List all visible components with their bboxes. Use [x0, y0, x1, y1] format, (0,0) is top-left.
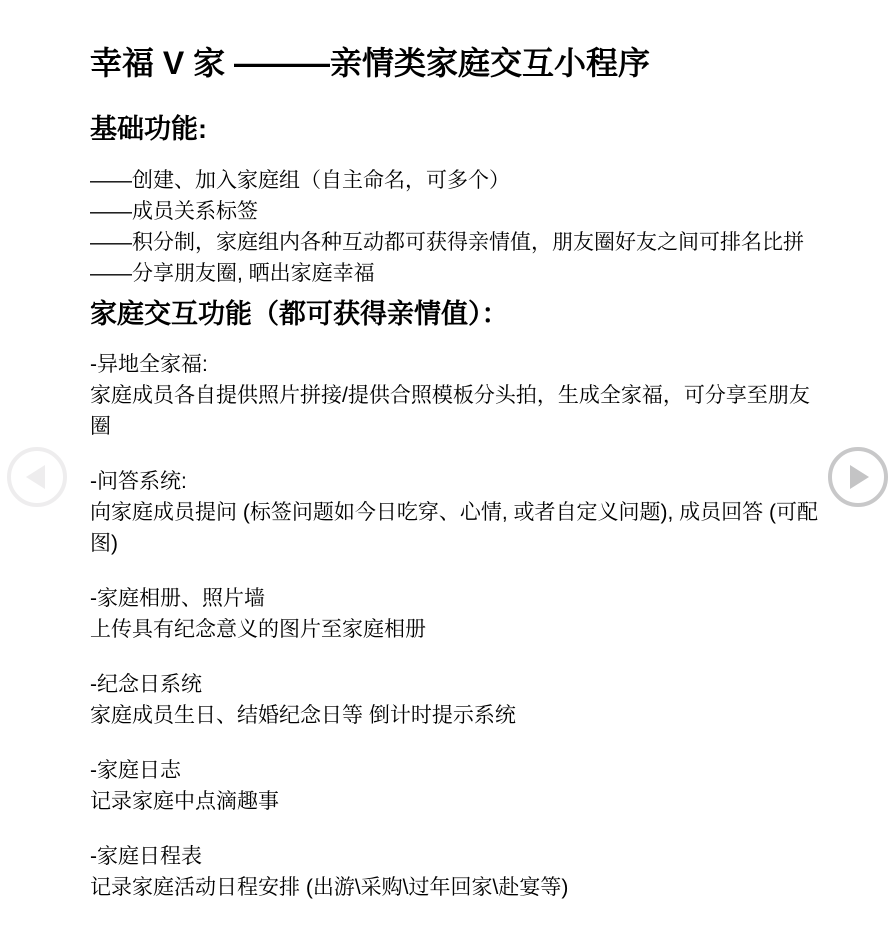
- list-item: ——成员关系标签: [90, 196, 820, 227]
- feature-group-qa-system: -问答系统: 向家庭成员提问 (标签问题如今日吃穿、心情, 或者自定义问题), …: [90, 466, 820, 559]
- feature-description: 记录家庭中点滴趣事: [90, 786, 820, 817]
- section-heading-family-interaction: 家庭交互功能（都可获得亲情值）：: [90, 297, 820, 331]
- feature-title: -家庭日志: [90, 755, 820, 786]
- document-page: 幸福 V 家 ———亲情类家庭交互小程序 基础功能: ——创建、加入家庭组（自主…: [0, 0, 895, 941]
- next-page-button[interactable]: [826, 445, 890, 509]
- feature-title: -异地全家福:: [90, 349, 820, 380]
- chevron-left-circle-icon: [5, 497, 69, 512]
- list-item: ——分享朋友圈, 晒出家庭幸福: [90, 258, 820, 289]
- feature-group-anniversary: -纪念日系统 家庭成员生日、结婚纪念日等 倒计时提示系统: [90, 669, 820, 731]
- feature-title: -问答系统:: [90, 466, 820, 497]
- document-viewer: 幸福 V 家 ———亲情类家庭交互小程序 基础功能: ——创建、加入家庭组（自主…: [0, 0, 895, 941]
- feature-description: 向家庭成员提问 (标签问题如今日吃穿、心情, 或者自定义问题), 成员回答 (可…: [90, 497, 820, 559]
- prev-page-button[interactable]: [5, 445, 69, 509]
- feature-group-family-schedule: -家庭日程表 记录家庭活动日程安排 (出游\采购\过年回家\赴宴等): [90, 841, 820, 903]
- list-item: ——创建、加入家庭组（自主命名，可多个）: [90, 165, 820, 196]
- section-heading-basic-features: 基础功能:: [90, 112, 820, 146]
- feature-group-album: -家庭相册、照片墙 上传具有纪念意义的图片至家庭相册: [90, 583, 820, 645]
- feature-title: -纪念日系统: [90, 669, 820, 700]
- feature-group-family-photo: -异地全家福: 家庭成员各自提供照片拼接/提供合照模板分头拍，生成全家福，可分享…: [90, 349, 820, 442]
- chevron-right-circle-icon: [826, 497, 890, 512]
- feature-description: 家庭成员生日、结婚纪念日等 倒计时提示系统: [90, 700, 820, 731]
- feature-title: -家庭相册、照片墙: [90, 583, 820, 614]
- feature-description: 上传具有纪念意义的图片至家庭相册: [90, 614, 820, 645]
- feature-group-family-journal: -家庭日志 记录家庭中点滴趣事: [90, 755, 820, 817]
- feature-description: 记录家庭活动日程安排 (出游\采购\过年回家\赴宴等): [90, 872, 820, 903]
- page-title: 幸福 V 家 ———亲情类家庭交互小程序: [90, 44, 820, 82]
- feature-description: 家庭成员各自提供照片拼接/提供合照模板分头拍，生成全家福，可分享至朋友圈: [90, 380, 820, 442]
- list-item: ——积分制，家庭组内各种互动都可获得亲情值，朋友圈好友之间可排名比拼: [90, 227, 820, 258]
- basic-features-list: ——创建、加入家庭组（自主命名，可多个） ——成员关系标签 ——积分制，家庭组内…: [90, 165, 820, 289]
- feature-title: -家庭日程表: [90, 841, 820, 872]
